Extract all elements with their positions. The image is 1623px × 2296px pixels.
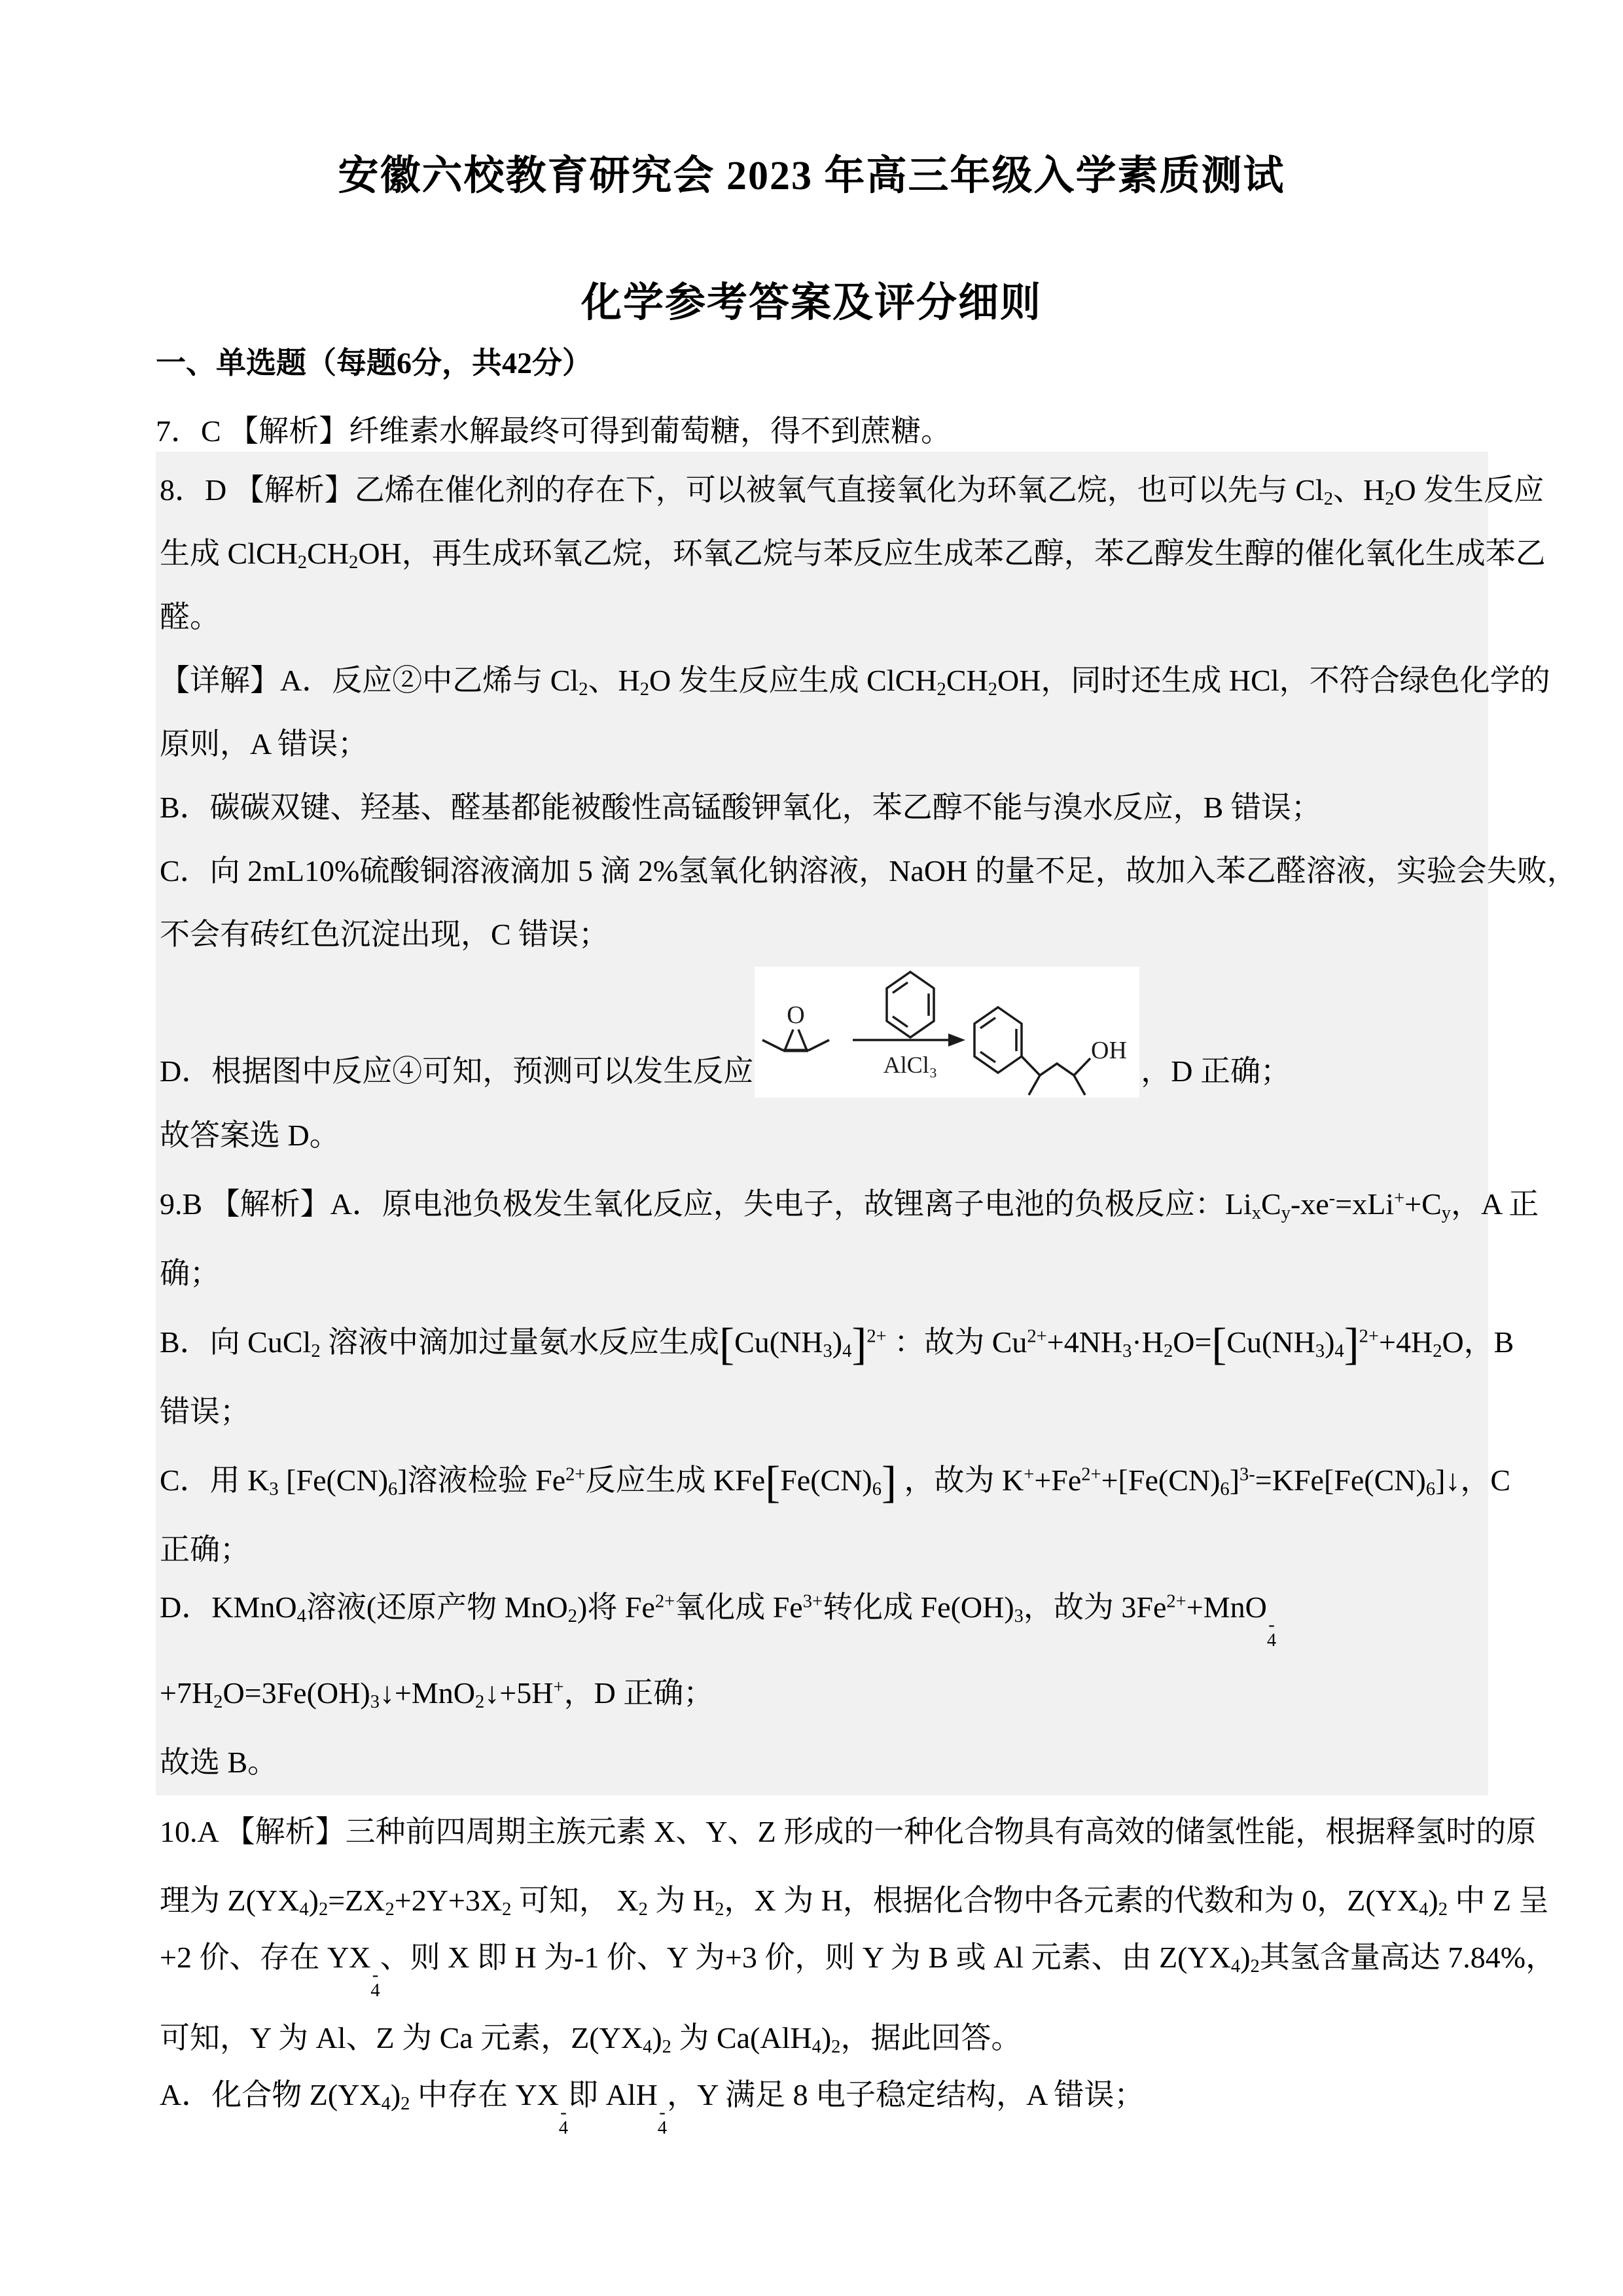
answer-line: 8．D 【解析】乙烯在催化剂的存在下，可以被氧气直接氧化为环氧乙烷，也可以先与 … (156, 456, 1488, 519)
answer-line: 理为 Z(YX4)2=ZX2+2Y+3X2 可知， X2 为 H2，X 为 H，… (156, 1863, 1488, 1932)
answer-line-text: C．向 2mL10%硫酸铜溶液滴加 5 滴 2%氢氧化钠溶液，NaOH 的量不足… (160, 847, 1577, 890)
answer-line-text: 【详解】A．反应②中乙烯与 Cl2、H2O 发生反应生成 ClCH2CH2OH，… (160, 656, 1550, 700)
answer-line-text: 9.B 【解析】A．原电池负极发生氧化反应，失电子，故锂离子电池的负极反应：Li… (160, 1180, 1539, 1223)
answer-line-text: D．根据图中反应④可知，预测可以发生反应 (160, 1047, 753, 1101)
answer-line-text: +2 价、存在 YX-4、则 X 即 H 为-1 价、Y 为+3 价，则 Y 为… (160, 1933, 1556, 1999)
answer-line: 10.A 【解析】三种前四周期主族元素 X、Y、Z 形成的一种化合物具有高效的储… (156, 1795, 1488, 1863)
document-title-line1: 安徽六校教育研究会 2023 年高三年级入学素质测试 (0, 143, 1623, 201)
highlighted-answers-block: 8．D 【解析】乙烯在催化剂的存在下，可以被氧气直接氧化为环氧乙烷，也可以先与 … (156, 452, 1488, 1795)
answer-line-text: 醛。 (160, 593, 220, 636)
answer-line-text: 故选 B。 (160, 1738, 277, 1782)
answer-line: 9.B 【解析】A．原电池负极发生氧化反应，失电子，故锂离子电池的负极反应：Li… (156, 1164, 1488, 1239)
answer-line: C．向 2mL10%硫酸铜溶液滴加 5 滴 2%氢氧化钠溶液，NaOH 的量不足… (156, 836, 1488, 900)
answer-line: 【详解】A．反应②中乙烯与 Cl2、H2O 发生反应生成 ClCH2CH2OH，… (156, 646, 1488, 709)
answer-line: 醛。 (156, 583, 1488, 646)
answer-line-text: +7H2O=3Fe(OH)3↓+MnO2↓+5H+，D 正确； (160, 1669, 713, 1712)
answer-line-text: 可知，Y 为 Al、Z 为 Ca 元素，Z(YX4)2 为 Ca(AlH4)2，… (160, 2014, 1021, 2057)
answer-line-text: A．化合物 Z(YX4)2 中存在 YX-4即 AlH-4，Y 满足 8 电子稳… (160, 2071, 1144, 2136)
answer-line-text: 7．C 【解析】纤维素水解最终可得到葡萄糖，得不到蔗糖。 (156, 407, 951, 450)
answer-line: C．用 K3 [Fe(CN)6]溶液检验 Fe2+反应生成 KFe[Fe(CN)… (156, 1441, 1488, 1515)
answer-line: 故答案选 D。 (156, 1101, 1488, 1164)
answer-line: A．化合物 Z(YX4)2 中存在 YX-4即 AlH-4，Y 满足 8 电子稳… (156, 2070, 1488, 2138)
answer-line: 故选 B。 (156, 1728, 1488, 1791)
answer-line-text: 理为 Z(YX4)2=ZX2+2Y+3X2 可知， X2 为 H2，X 为 H，… (160, 1876, 1549, 1920)
answer-line-text: B．碳碳双键、羟基、醛基都能被酸性高锰酸钾氧化，苯乙醇不能与溴水反应，B 错误； (160, 783, 1321, 827)
answer-line: 错误； (156, 1377, 1488, 1441)
answer-line: D．KMnO4溶液(还原产物 MnO2)将 Fe2+氧化成 Fe3+转化成 Fe… (156, 1579, 1488, 1653)
answer-line: 确； (156, 1239, 1488, 1302)
answer-line-text: 正确； (160, 1526, 250, 1569)
section-heading-single-choice: 一、单选题（每题6分，共42分） (156, 339, 592, 382)
answer-line: 可知，Y 为 Al、Z 为 Ca 元素，Z(YX4)2 为 Ca(AlH4)2，… (156, 2001, 1488, 2070)
answer-line-q7: 7．C 【解析】纤维素水解最终可得到葡萄糖，得不到蔗糖。 (156, 406, 951, 452)
answer-line: 生成 ClCH2CH2OH，再生成环氧乙烷，环氧乙烷与苯反应生成苯乙醇，苯乙醇发… (156, 519, 1488, 583)
answer-line: 正确； (156, 1515, 1488, 1579)
answer-line-text: 10.A 【解析】三种前四周期主族元素 X、Y、Z 形成的一种化合物具有高效的储… (160, 1808, 1536, 1851)
answer-line-text: ，D 正确； (1141, 1047, 1291, 1101)
answer-line-text: C．用 K3 [Fe(CN)6]溶液检验 Fe2+反应生成 KFe[Fe(CN)… (160, 1456, 1510, 1499)
document-title-line2: 化学参考答案及评分细则 (0, 270, 1623, 328)
reaction-structure-image: O AlCl₃ (755, 967, 1139, 1098)
answer-line-text: 故答案选 D。 (160, 1111, 340, 1155)
question10-answer-block: 10.A 【解析】三种前四周期主族元素 X、Y、Z 形成的一种化合物具有高效的储… (156, 1795, 1488, 2138)
answer-line-text: 生成 ClCH2CH2OH，再生成环氧乙烷，环氧乙烷与苯反应生成苯乙醇，苯乙醇发… (160, 529, 1546, 573)
answer-line: +7H2O=3Fe(OH)3↓+MnO2↓+5H+，D 正确； (156, 1653, 1488, 1728)
exam-answer-sheet-page: 安徽六校教育研究会 2023 年高三年级入学素质测试 化学参考答案及评分细则 一… (0, 0, 1623, 2296)
answer-line-text: D．KMnO4溶液(还原产物 MnO2)将 Fe2+氧化成 Fe3+转化成 Fe… (160, 1583, 1276, 1649)
answer-line: 原则，A 错误； (156, 709, 1488, 773)
answer-line-text: B．向 CuCl2 溶液中滴加过量氨水反应生成[Cu(NH3)4]2+ ：故为 … (160, 1318, 1514, 1361)
answer-line-text: 确； (160, 1249, 220, 1293)
answer-line: B．向 CuCl2 溶液中滴加过量氨水反应生成[Cu(NH3)4]2+ ：故为 … (156, 1302, 1488, 1377)
answer-line-text: 8．D 【解析】乙烯在催化剂的存在下，可以被氧气直接氧化为环氧乙烷，也可以先与 … (160, 466, 1544, 509)
answer-line-with-structure: D．根据图中反应④可知，预测可以发生反应 O (156, 963, 1488, 1101)
answer-line: 不会有砖红色沉淀出现，C 错误； (156, 900, 1488, 963)
answer-line: B．碳碳双键、羟基、醛基都能被酸性高锰酸钾氧化，苯乙醇不能与溴水反应，B 错误； (156, 773, 1488, 836)
hydroxyl-label: OH (1091, 1037, 1127, 1064)
answer-line-text: 错误； (160, 1388, 250, 1431)
answer-line-text: 不会有砖红色沉淀出现，C 错误； (160, 910, 609, 954)
catalyst-label: AlCl₃ (883, 1052, 938, 1078)
reaction-scheme-figure: O AlCl₃ (755, 967, 1139, 1098)
answer-line-text: 原则，A 错误； (160, 720, 368, 763)
answer-line: +2 价、存在 YX-4、则 X 即 H 为-1 价、Y 为+3 价，则 Y 为… (156, 1932, 1488, 2001)
epoxide-oxygen-label: O (787, 1001, 805, 1029)
